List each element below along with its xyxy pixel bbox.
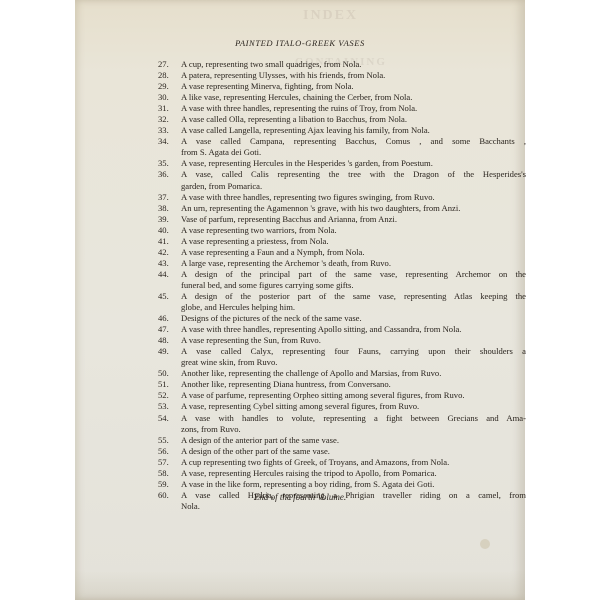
item-text: A vase with three handles, representing … xyxy=(181,324,526,335)
list-item-continuation: from S. Agata dei Goti. xyxy=(158,147,526,158)
item-number: 34. xyxy=(158,136,181,147)
list-item: 49.A vase called Calyx, representing fou… xyxy=(158,346,526,357)
item-number: 48. xyxy=(158,335,181,346)
item-text: Designs of the pictures of the neck of t… xyxy=(181,313,526,324)
item-text: A vase called Calyx, representing four F… xyxy=(181,346,526,357)
list-item: 51.Another like, representing Diana hunt… xyxy=(158,379,526,390)
item-number: 36. xyxy=(158,169,181,180)
item-number: 37. xyxy=(158,192,181,203)
item-number: 52. xyxy=(158,390,181,401)
item-number: 58. xyxy=(158,468,181,479)
list-item: 28.A patera, representing Ulysses, with … xyxy=(158,70,526,81)
item-text: A vase, representing Hercules in the Hes… xyxy=(181,158,526,169)
item-text: An urn, representing the Agamennon 's gr… xyxy=(181,203,526,214)
list-item: 29.A vase representing Minerva, fighting… xyxy=(158,81,526,92)
list-item: 27.A cup, representing two small quadrig… xyxy=(158,59,526,70)
item-number: 57. xyxy=(158,457,181,468)
item-number: 40. xyxy=(158,225,181,236)
item-text: A vase, called Calis representing the tr… xyxy=(181,169,526,180)
item-number: 51. xyxy=(158,379,181,390)
running-head: PAINTED ITALO-GREEK VASES xyxy=(75,38,525,48)
list-item-continuation: great wine skin, from Ruvo. xyxy=(158,357,526,368)
item-number: 30. xyxy=(158,92,181,103)
item-text: Another like, representing the challenge… xyxy=(181,368,526,379)
list-item: 34.A vase called Campana, representing B… xyxy=(158,136,526,147)
list-item-continuation: funeral bed, and some figures carrying s… xyxy=(158,280,526,291)
item-text: A vase called Langella, representing Aja… xyxy=(181,125,526,136)
item-number: 35. xyxy=(158,158,181,169)
list-item: 52.A vase of parfume, representing Orphe… xyxy=(158,390,526,401)
item-number: 28. xyxy=(158,70,181,81)
item-number: 55. xyxy=(158,435,181,446)
vase-list: 27.A cup, representing two small quadrig… xyxy=(158,59,526,512)
item-number: 59. xyxy=(158,479,181,490)
item-text: A vase representing Minerva, fighting, f… xyxy=(181,81,526,92)
item-text: A vase with three handles, representing … xyxy=(181,192,526,203)
list-item-continuation: Nola. xyxy=(158,501,526,512)
item-text: A patera, representing Ulysses, with his… xyxy=(181,70,526,81)
item-text: A design of the posterior part of the sa… xyxy=(181,291,526,302)
book-page: INDEX CONTAINING PAINTED ITALO-GREEK VAS… xyxy=(75,0,525,600)
item-text: A vase representing two warriors, from N… xyxy=(181,225,526,236)
item-number: 32. xyxy=(158,114,181,125)
item-text: A like vase, representing Hercules, chai… xyxy=(181,92,526,103)
list-item: 39.Vase of parfum, representing Bacchus … xyxy=(158,214,526,225)
list-item: 40.A vase representing two warriors, fro… xyxy=(158,225,526,236)
item-text: A cup representing two fights of Greek, … xyxy=(181,457,526,468)
item-text: funeral bed, and some figures carrying s… xyxy=(181,280,526,291)
list-item: 55.A design of the anterior part of the … xyxy=(158,435,526,446)
list-item: 59.A vase in the like form, representing… xyxy=(158,479,526,490)
list-item: 32.A vase called Olla, representing a li… xyxy=(158,114,526,125)
list-item: 47.A vase with three handles, representi… xyxy=(158,324,526,335)
item-text: great wine skin, from Ruvo. xyxy=(181,357,526,368)
item-number: 33. xyxy=(158,125,181,136)
item-text: A design of the anterior part of the sam… xyxy=(181,435,526,446)
item-text: A design of the other part of the same v… xyxy=(181,446,526,457)
item-number: 47. xyxy=(158,324,181,335)
item-number: 53. xyxy=(158,401,181,412)
item-number: 42. xyxy=(158,247,181,258)
item-text: A large vase, representing the Archemor … xyxy=(181,258,526,269)
item-text: A vase called Campana, representing Bacc… xyxy=(181,136,526,147)
item-text: A vase representing a Faun and a Nymph, … xyxy=(181,247,526,258)
list-item: 35.A vase, representing Hercules in the … xyxy=(158,158,526,169)
item-number: 29. xyxy=(158,81,181,92)
item-text: A vase, representing Hercules raising th… xyxy=(181,468,526,479)
item-text: A vase, representing Cybel sitting among… xyxy=(181,401,526,412)
item-number: 49. xyxy=(158,346,181,357)
item-text: A vase with three handles, representing … xyxy=(181,103,526,114)
list-item: 45.A design of the posterior part of the… xyxy=(158,291,526,302)
list-item: 41.A vase representing a priestess, from… xyxy=(158,236,526,247)
item-text: Another like, representing Diana huntres… xyxy=(181,379,526,390)
list-item: 50.Another like, representing the challe… xyxy=(158,368,526,379)
list-item: 46.Designs of the pictures of the neck o… xyxy=(158,313,526,324)
item-text: Nola. xyxy=(181,501,526,512)
list-item: 43.A large vase, representing the Archem… xyxy=(158,258,526,269)
list-item: 37.A vase with three handles, representi… xyxy=(158,192,526,203)
list-item: 31.A vase with three handles, representi… xyxy=(158,103,526,114)
item-text: A design of the principal part of the sa… xyxy=(181,269,526,280)
item-number: 50. xyxy=(158,368,181,379)
item-text: A vase representing the Sun, from Ruvo. xyxy=(181,335,526,346)
item-text: A vase with handles to volute, represent… xyxy=(181,413,526,424)
list-item: 53.A vase, representing Cybel sitting am… xyxy=(158,401,526,412)
list-item: 48.A vase representing the Sun, from Ruv… xyxy=(158,335,526,346)
list-item: 57.A cup representing two fights of Gree… xyxy=(158,457,526,468)
item-number: 27. xyxy=(158,59,181,70)
list-item: 58.A vase, representing Hercules raising… xyxy=(158,468,526,479)
list-item: 33.A vase called Langella, representing … xyxy=(158,125,526,136)
list-item: 42.A vase representing a Faun and a Nymp… xyxy=(158,247,526,258)
item-text: from S. Agata dei Goti. xyxy=(181,147,526,158)
item-text: A vase called Olla, representing a libat… xyxy=(181,114,526,125)
list-item-continuation: garden, from Pomarica. xyxy=(158,181,526,192)
list-item: 56.A design of the other part of the sam… xyxy=(158,446,526,457)
item-text: garden, from Pomarica. xyxy=(181,181,526,192)
list-item: 54.A vase with handles to volute, repres… xyxy=(158,413,526,424)
item-text: A vase in the like form, representing a … xyxy=(181,479,526,490)
list-item-continuation: globe, and Hercules helping him. xyxy=(158,302,526,313)
item-number: 54. xyxy=(158,413,181,424)
item-number: 39. xyxy=(158,214,181,225)
item-text: globe, and Hercules helping him. xyxy=(181,302,526,313)
paper-stain xyxy=(480,539,490,549)
show-through-text: INDEX xyxy=(303,8,358,24)
list-item: 30.A like vase, representing Hercules, c… xyxy=(158,92,526,103)
item-number: 45. xyxy=(158,291,181,302)
list-item: 38.An urn, representing the Agamennon 's… xyxy=(158,203,526,214)
list-item-continuation: zons, from Ruvo. xyxy=(158,424,526,435)
item-text: zons, from Ruvo. xyxy=(181,424,526,435)
item-text: A vase representing a priestess, from No… xyxy=(181,236,526,247)
item-number: 38. xyxy=(158,203,181,214)
item-number: 41. xyxy=(158,236,181,247)
item-text: A vase of parfume, representing Orpheo s… xyxy=(181,390,526,401)
item-number: 44. xyxy=(158,269,181,280)
item-number: 56. xyxy=(158,446,181,457)
end-note: End of the fourth Volume. xyxy=(75,492,525,502)
item-text: Vase of parfum, representing Bacchus and… xyxy=(181,214,526,225)
list-item: 44.A design of the principal part of the… xyxy=(158,269,526,280)
item-text: A cup, representing two small quadriges,… xyxy=(181,59,526,70)
item-number: 46. xyxy=(158,313,181,324)
item-number: 43. xyxy=(158,258,181,269)
list-item: 36.A vase, called Calis representing the… xyxy=(158,169,526,180)
item-number: 31. xyxy=(158,103,181,114)
